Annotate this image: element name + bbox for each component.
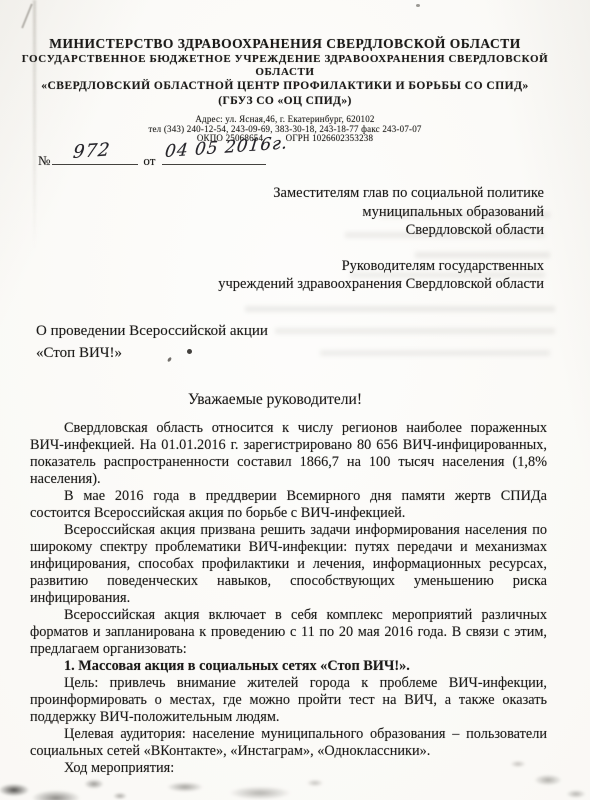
body-paragraph: Цель: привлечь внимание жителей города к… [30, 675, 547, 726]
addressee-line: учреждений здравоохранения Свердловской … [0, 275, 544, 293]
institution-name: ГОСУДАРСТВЕННОЕ БЮДЖЕТНОЕ УЧРЕЖДЕНИЕ ЗДР… [10, 53, 560, 79]
addressee-line: Свердловской области [0, 221, 544, 240]
letterhead: МИНИСТЕРСТВО ЗДРАВООХРАНЕНИЯ СВЕРДЛОВСКО… [0, 36, 590, 144]
ogrn-code: ОГРН 1026602353238 [286, 133, 374, 143]
from-label: от [143, 153, 155, 168]
addressee-section: Заместителям глав по социальной политике… [0, 184, 590, 293]
body-paragraph: Целевая аудитория: население муниципальн… [30, 726, 547, 760]
date-blank: 04 05 2016г. [162, 148, 266, 165]
subject-block: О проведении Всероссийской акции «Стоп В… [36, 320, 268, 364]
body-paragraph: В мае 2016 года в преддверии Всемирного … [30, 488, 547, 522]
addressee-line: Руководителям государственных [0, 257, 544, 275]
body-paragraph: Ход мероприятия: [30, 760, 547, 777]
reference-line: №972от04 05 2016г. [38, 148, 266, 169]
body-paragraph: Всероссийская акция призвана решить зада… [30, 522, 547, 607]
number-blank: 972 [52, 148, 138, 165]
letter-body: Свердловская область относится к числу р… [30, 420, 547, 777]
addressee-block-healthcare: Руководителям государственных учреждений… [0, 257, 590, 293]
handwritten-number: 972 [72, 139, 111, 163]
addressee-block-municipal: Заместителям глав по социальной политике… [0, 184, 590, 240]
ministry-name: МИНИСТЕРСТВО ЗДРАВООХРАНЕНИЯ СВЕРДЛОВСКО… [10, 36, 560, 51]
abbreviation: (ГБУЗ СО «ОЦ СПИД») [10, 95, 560, 108]
scan-speck [187, 349, 192, 354]
addressee-line: муниципальных образований [0, 203, 544, 222]
scanned-letter-page: МИНИСТЕРСТВО ЗДРАВООХРАНЕНИЯ СВЕРДЛОВСКО… [0, 0, 590, 800]
salutation: Уважаемые руководители! [0, 391, 590, 409]
letter-content: МИНИСТЕРСТВО ЗДРАВООХРАНЕНИЯ СВЕРДЛОВСКО… [0, 0, 590, 800]
subject-line: «Стоп ВИЧ!» [36, 342, 268, 364]
number-sign: № [38, 153, 50, 168]
body-paragraph: Всероссийская акция включает в себя комп… [30, 607, 547, 658]
body-item-bold: 1. Массовая акция в социальных сетях «Ст… [30, 658, 547, 675]
addressee-line: Заместителям глав по социальной политике [0, 184, 544, 203]
center-name: «СВЕРДЛОВСКИЙ ОБЛАСТНОЙ ЦЕНТР ПРОФИЛАКТИ… [10, 80, 560, 93]
subject-line: О проведении Всероссийской акции [36, 320, 268, 342]
body-paragraph: Свердловская область относится к числу р… [30, 420, 547, 488]
